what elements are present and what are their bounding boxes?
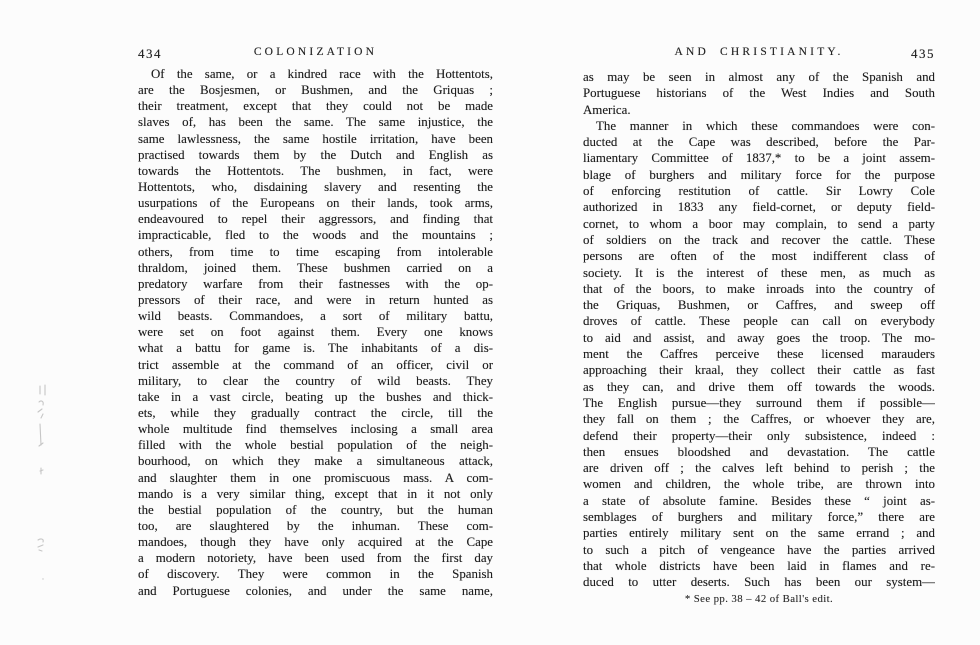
- text-line: cornet, to whom a boor may complain, to …: [583, 216, 935, 232]
- text-line: same lawlessness, the same hostile irrit…: [138, 131, 493, 147]
- right-page-header: AND CHRISTIANITY. 435: [583, 46, 935, 64]
- text-line: towards the Hottentots. The bushmen, in …: [138, 163, 493, 179]
- right-page-number: 435: [911, 46, 935, 62]
- left-page-body: Of the same, or a kindred race with the …: [138, 66, 493, 599]
- text-line: that whole districts have been laid in f…: [583, 558, 935, 574]
- text-line: others, from time to time escaping from …: [138, 244, 493, 260]
- text-line: as they can, and drive them off towards …: [583, 379, 935, 395]
- text-line: semblages of burghers and military force…: [583, 509, 935, 525]
- text-line: mandoes, though they have only acquired …: [138, 534, 493, 550]
- text-line: practised towards them by the Dutch and …: [138, 147, 493, 163]
- text-line: filled with the whole bestial population…: [138, 437, 493, 453]
- text-line: a modern notoriety, have been used from …: [138, 550, 493, 566]
- footnote: * See pp. 38 – 42 of Ball's edit.: [583, 593, 935, 605]
- text-line: approaching their kraal, they collect th…: [583, 362, 935, 378]
- text-line: take in a vast circle, beating up the bu…: [138, 389, 493, 405]
- text-line: women and children, the whole tribe, are…: [583, 476, 935, 492]
- text-line: ets, while they gradually contract the c…: [138, 405, 493, 421]
- text-line: liamentary Committee of 1837,* to be a j…: [583, 150, 935, 166]
- text-line: of soldiers on the track and recover the…: [583, 232, 935, 248]
- left-page-number: 434: [138, 46, 162, 62]
- text-line: they fall on them ; the Caffres, or whoe…: [583, 411, 935, 427]
- text-line: military, to clear the country of wild b…: [138, 373, 493, 389]
- text-line: The English pursue—they surround them if…: [583, 395, 935, 411]
- text-line: slaves of, has been the same. The same i…: [138, 114, 493, 130]
- margin-marks: [28, 382, 62, 587]
- text-line: a state of absolute famine. Besides thes…: [583, 493, 935, 509]
- left-page-header: 434 COLONIZATION: [138, 46, 493, 64]
- text-line: ducted at the Cape was described, before…: [583, 134, 935, 150]
- text-line: bourhood, on which they make a simultane…: [138, 453, 493, 469]
- text-line: society. It is the interest of these men…: [583, 265, 935, 281]
- text-line: Hottentots, who, disdaining slavery and …: [138, 179, 493, 195]
- text-line: blage of burghers and military force for…: [583, 167, 935, 183]
- text-line: their treatment, except that they could …: [138, 98, 493, 114]
- text-line: Of the same, or a kindred race with the …: [138, 66, 493, 82]
- text-line: were set on foot against them. Every one…: [138, 324, 493, 340]
- text-line: droves of cattle. These people can call …: [583, 313, 935, 329]
- text-line: and slaughter them in one promiscuous ma…: [138, 470, 493, 486]
- text-line: too, are slaughtered by the inhuman. The…: [138, 518, 493, 534]
- text-line: that of the boors, to make inroads into …: [583, 281, 935, 297]
- text-line: the bestial population of the country, b…: [138, 502, 493, 518]
- text-line: impracticable, fled to the woods and the…: [138, 227, 493, 243]
- text-line: the Griquas, Bushmen, or Caffres, and sw…: [583, 297, 935, 313]
- text-line: as may be seen in almost any of the Span…: [583, 69, 935, 85]
- text-line: mando is a very similar thing, except th…: [138, 486, 493, 502]
- text-line: pressors of their race, and were in retu…: [138, 292, 493, 308]
- text-line: America.: [583, 102, 935, 118]
- text-line: to aid and assist, and away goes the tro…: [583, 330, 935, 346]
- left-running-head: COLONIZATION: [138, 46, 493, 58]
- text-line: thraldom, joined them. These bushmen car…: [138, 260, 493, 276]
- text-line: are the Bosjesmen, or Bushmen, and the G…: [138, 82, 493, 98]
- text-line: defend their property—their only subsist…: [583, 428, 935, 444]
- text-line: ment the Caffres perceive these licensed…: [583, 346, 935, 362]
- text-line: authorized in 1833 any field-cornet, or …: [583, 199, 935, 215]
- text-line: then ensues bloodshed and devastation. T…: [583, 444, 935, 460]
- text-line: parties entirely military sent on the sa…: [583, 525, 935, 541]
- text-line: The manner in which these commandoes wer…: [583, 118, 935, 134]
- text-line: are driven off ; the calves left behind …: [583, 460, 935, 476]
- text-line: usurpations of the Europeans on their la…: [138, 195, 493, 211]
- right-page-body: as may be seen in almost any of the Span…: [583, 69, 935, 591]
- text-line: of discovery. They were common in the Sp…: [138, 566, 493, 582]
- text-line: Portuguese historians of the West Indies…: [583, 85, 935, 101]
- text-line: wild beasts. Commandoes, a sort of milit…: [138, 308, 493, 324]
- text-line: trict assemble at the command of an offi…: [138, 357, 493, 373]
- text-line: and Portuguese colonies, and under the s…: [138, 583, 493, 599]
- text-line: endeavoured to repel their aggressors, a…: [138, 211, 493, 227]
- text-line: to such a pitch of vengeance have the pa…: [583, 542, 935, 558]
- text-line: predatory warfare from their fastnesses …: [138, 276, 493, 292]
- text-line: persons are often of the most indifferen…: [583, 248, 935, 264]
- right-running-head: AND CHRISTIANITY.: [583, 46, 935, 58]
- text-line: whole multitude find themselves inclosin…: [138, 421, 493, 437]
- text-line: duced to utter deserts. Such has been ou…: [583, 574, 935, 590]
- text-line: of enforcing restitution of cattle. Sir …: [583, 183, 935, 199]
- text-line: what a battu for game is. The inhabitant…: [138, 340, 493, 356]
